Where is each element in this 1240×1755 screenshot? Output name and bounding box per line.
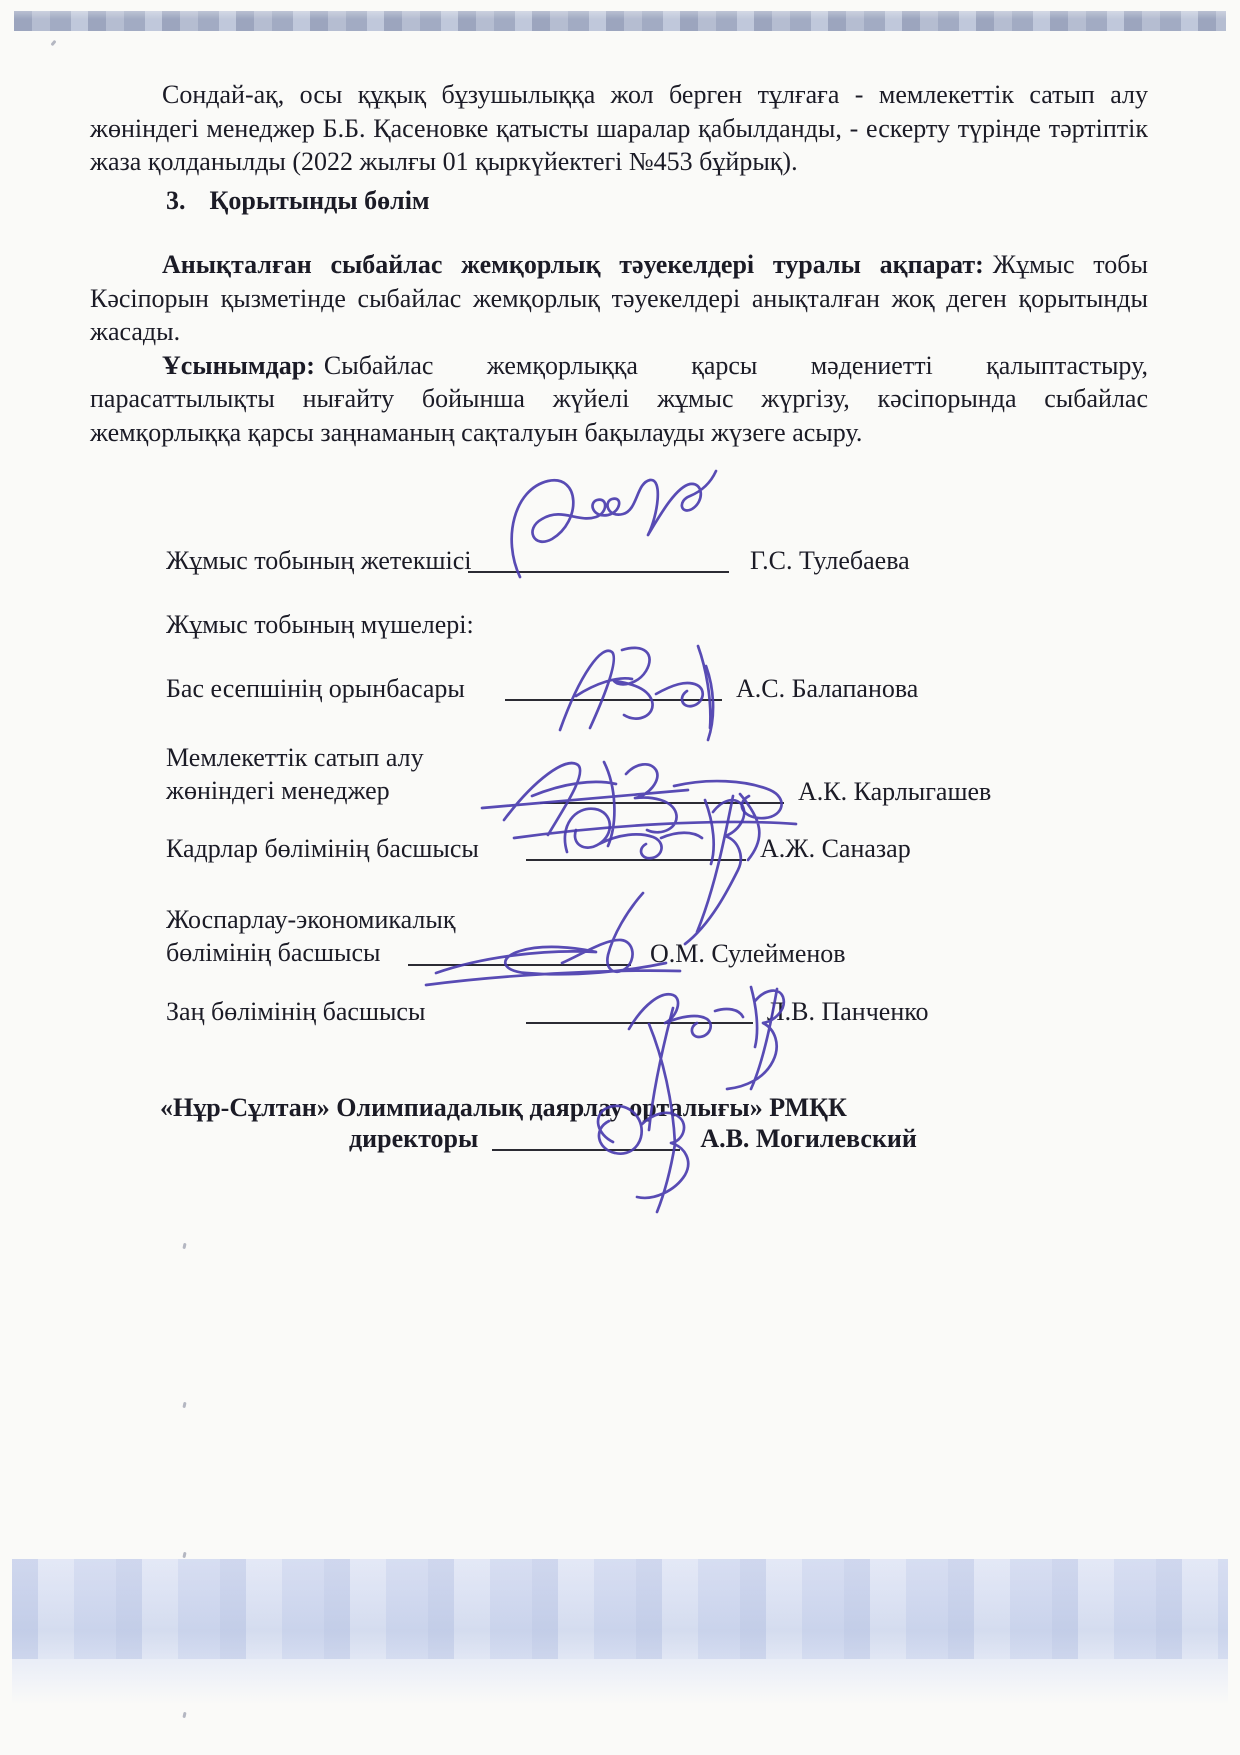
signatory-name: Г.С. Тулебаева bbox=[750, 545, 910, 576]
signature-line bbox=[526, 859, 746, 861]
findings-lead: Анықталған сыбайлас жемқорлық тәуекелдер… bbox=[162, 250, 984, 279]
section-heading: 3.Қорытынды бөлім bbox=[166, 186, 430, 216]
signatory-name: А.В. Могилевский bbox=[700, 1124, 917, 1154]
role-label: Мемлекеттік сатып алу жөніндегі менеджер bbox=[166, 741, 540, 807]
paragraph-findings: Анықталған сыбайлас жемқорлық тәуекелдер… bbox=[90, 248, 1148, 349]
scan-speck bbox=[182, 1552, 186, 1558]
role-label: Заң бөлімінің басшысы bbox=[166, 996, 526, 1027]
section-number: 3. bbox=[166, 186, 186, 216]
scanned-document-page: Сондай-ақ, осы құқық бұзушылыққа жол бер… bbox=[0, 0, 1240, 1755]
signature-line bbox=[492, 1149, 680, 1151]
role-label: Кадрлар бөлімінің басшысы bbox=[166, 833, 526, 864]
signatory-name: А.К. Карлыгашев bbox=[798, 776, 991, 807]
signature-line bbox=[408, 964, 631, 966]
paragraph-intro-text: Сондай-ақ, осы құқық бұзушылыққа жол бер… bbox=[90, 80, 1148, 176]
scan-speck bbox=[50, 40, 56, 47]
signature-row-member-4: Жоспарлау-экономикалық бөлімінің басшысы… bbox=[166, 903, 846, 969]
signature-row-member-5: Заң бөлімінің басшысы Л.В. Панченко bbox=[166, 996, 929, 1027]
signature-line bbox=[468, 571, 729, 573]
conclusion-block: Анықталған сыбайлас жемқорлық тәуекелдер… bbox=[90, 248, 1148, 449]
paragraph-intro: Сондай-ақ, осы құқық бұзушылыққа жол бер… bbox=[90, 78, 1148, 179]
role-line-2: бөлімінің басшысы bbox=[166, 936, 408, 969]
signature-row-member-3: Кадрлар бөлімінің басшысы А.Ж. Саназар bbox=[166, 833, 911, 864]
members-heading: Жұмыс тобының мүшелері: bbox=[166, 610, 474, 640]
signature-line bbox=[526, 1022, 753, 1024]
scan-artifact-top-band bbox=[14, 11, 1226, 31]
paragraph-recommendations: Ұсынымдар:Сыбайлас жемқорлыққа қарсы мәд… bbox=[90, 349, 1148, 450]
signatory-name: А.С. Балапанова bbox=[736, 673, 918, 704]
signature-line bbox=[540, 802, 784, 804]
role-line-1: Жоспарлау-экономикалық bbox=[166, 903, 408, 936]
role-line-1: Мемлекеттік сатып алу bbox=[166, 741, 540, 774]
signature-row-member-1: Бас есепшінің орынбасары А.С. Балапанова bbox=[166, 673, 918, 704]
scan-speck bbox=[182, 1402, 186, 1408]
role-line-2: жөніндегі менеджер bbox=[166, 774, 540, 807]
role-label: директоры bbox=[349, 1124, 478, 1154]
scan-artifact-bottom-fade bbox=[12, 1659, 1228, 1705]
role-label: Бас есепшінің орынбасары bbox=[166, 673, 505, 704]
recommendations-lead: Ұсынымдар: bbox=[162, 351, 315, 380]
scan-artifact-bottom-band bbox=[12, 1559, 1228, 1659]
director-org-line: «Нұр-Сұлтан» Олимпиадалық даярлау орталы… bbox=[160, 1093, 1100, 1123]
role-label: Жоспарлау-экономикалық бөлімінің басшысы bbox=[166, 903, 408, 969]
signatory-name: А.Ж. Саназар bbox=[760, 833, 911, 864]
scan-speck bbox=[182, 1243, 186, 1249]
scan-speck bbox=[182, 1712, 186, 1718]
section-title: Қорытынды бөлім bbox=[210, 186, 430, 215]
signatory-name: О.М. Сулейменов bbox=[650, 938, 846, 969]
signature-row-member-2: Мемлекеттік сатып алу жөніндегі менеджер… bbox=[166, 741, 991, 807]
signature-panchenko bbox=[615, 963, 815, 1093]
signatory-name: Л.В. Панченко bbox=[767, 996, 929, 1027]
signature-line bbox=[505, 699, 722, 701]
role-label: Жұмыс тобының жетекшісі bbox=[166, 545, 468, 576]
signature-row-director: директоры А.В. Могилевский bbox=[349, 1124, 917, 1154]
signature-row-leader: Жұмыс тобының жетекшісі Г.С. Тулебаева bbox=[166, 545, 910, 576]
